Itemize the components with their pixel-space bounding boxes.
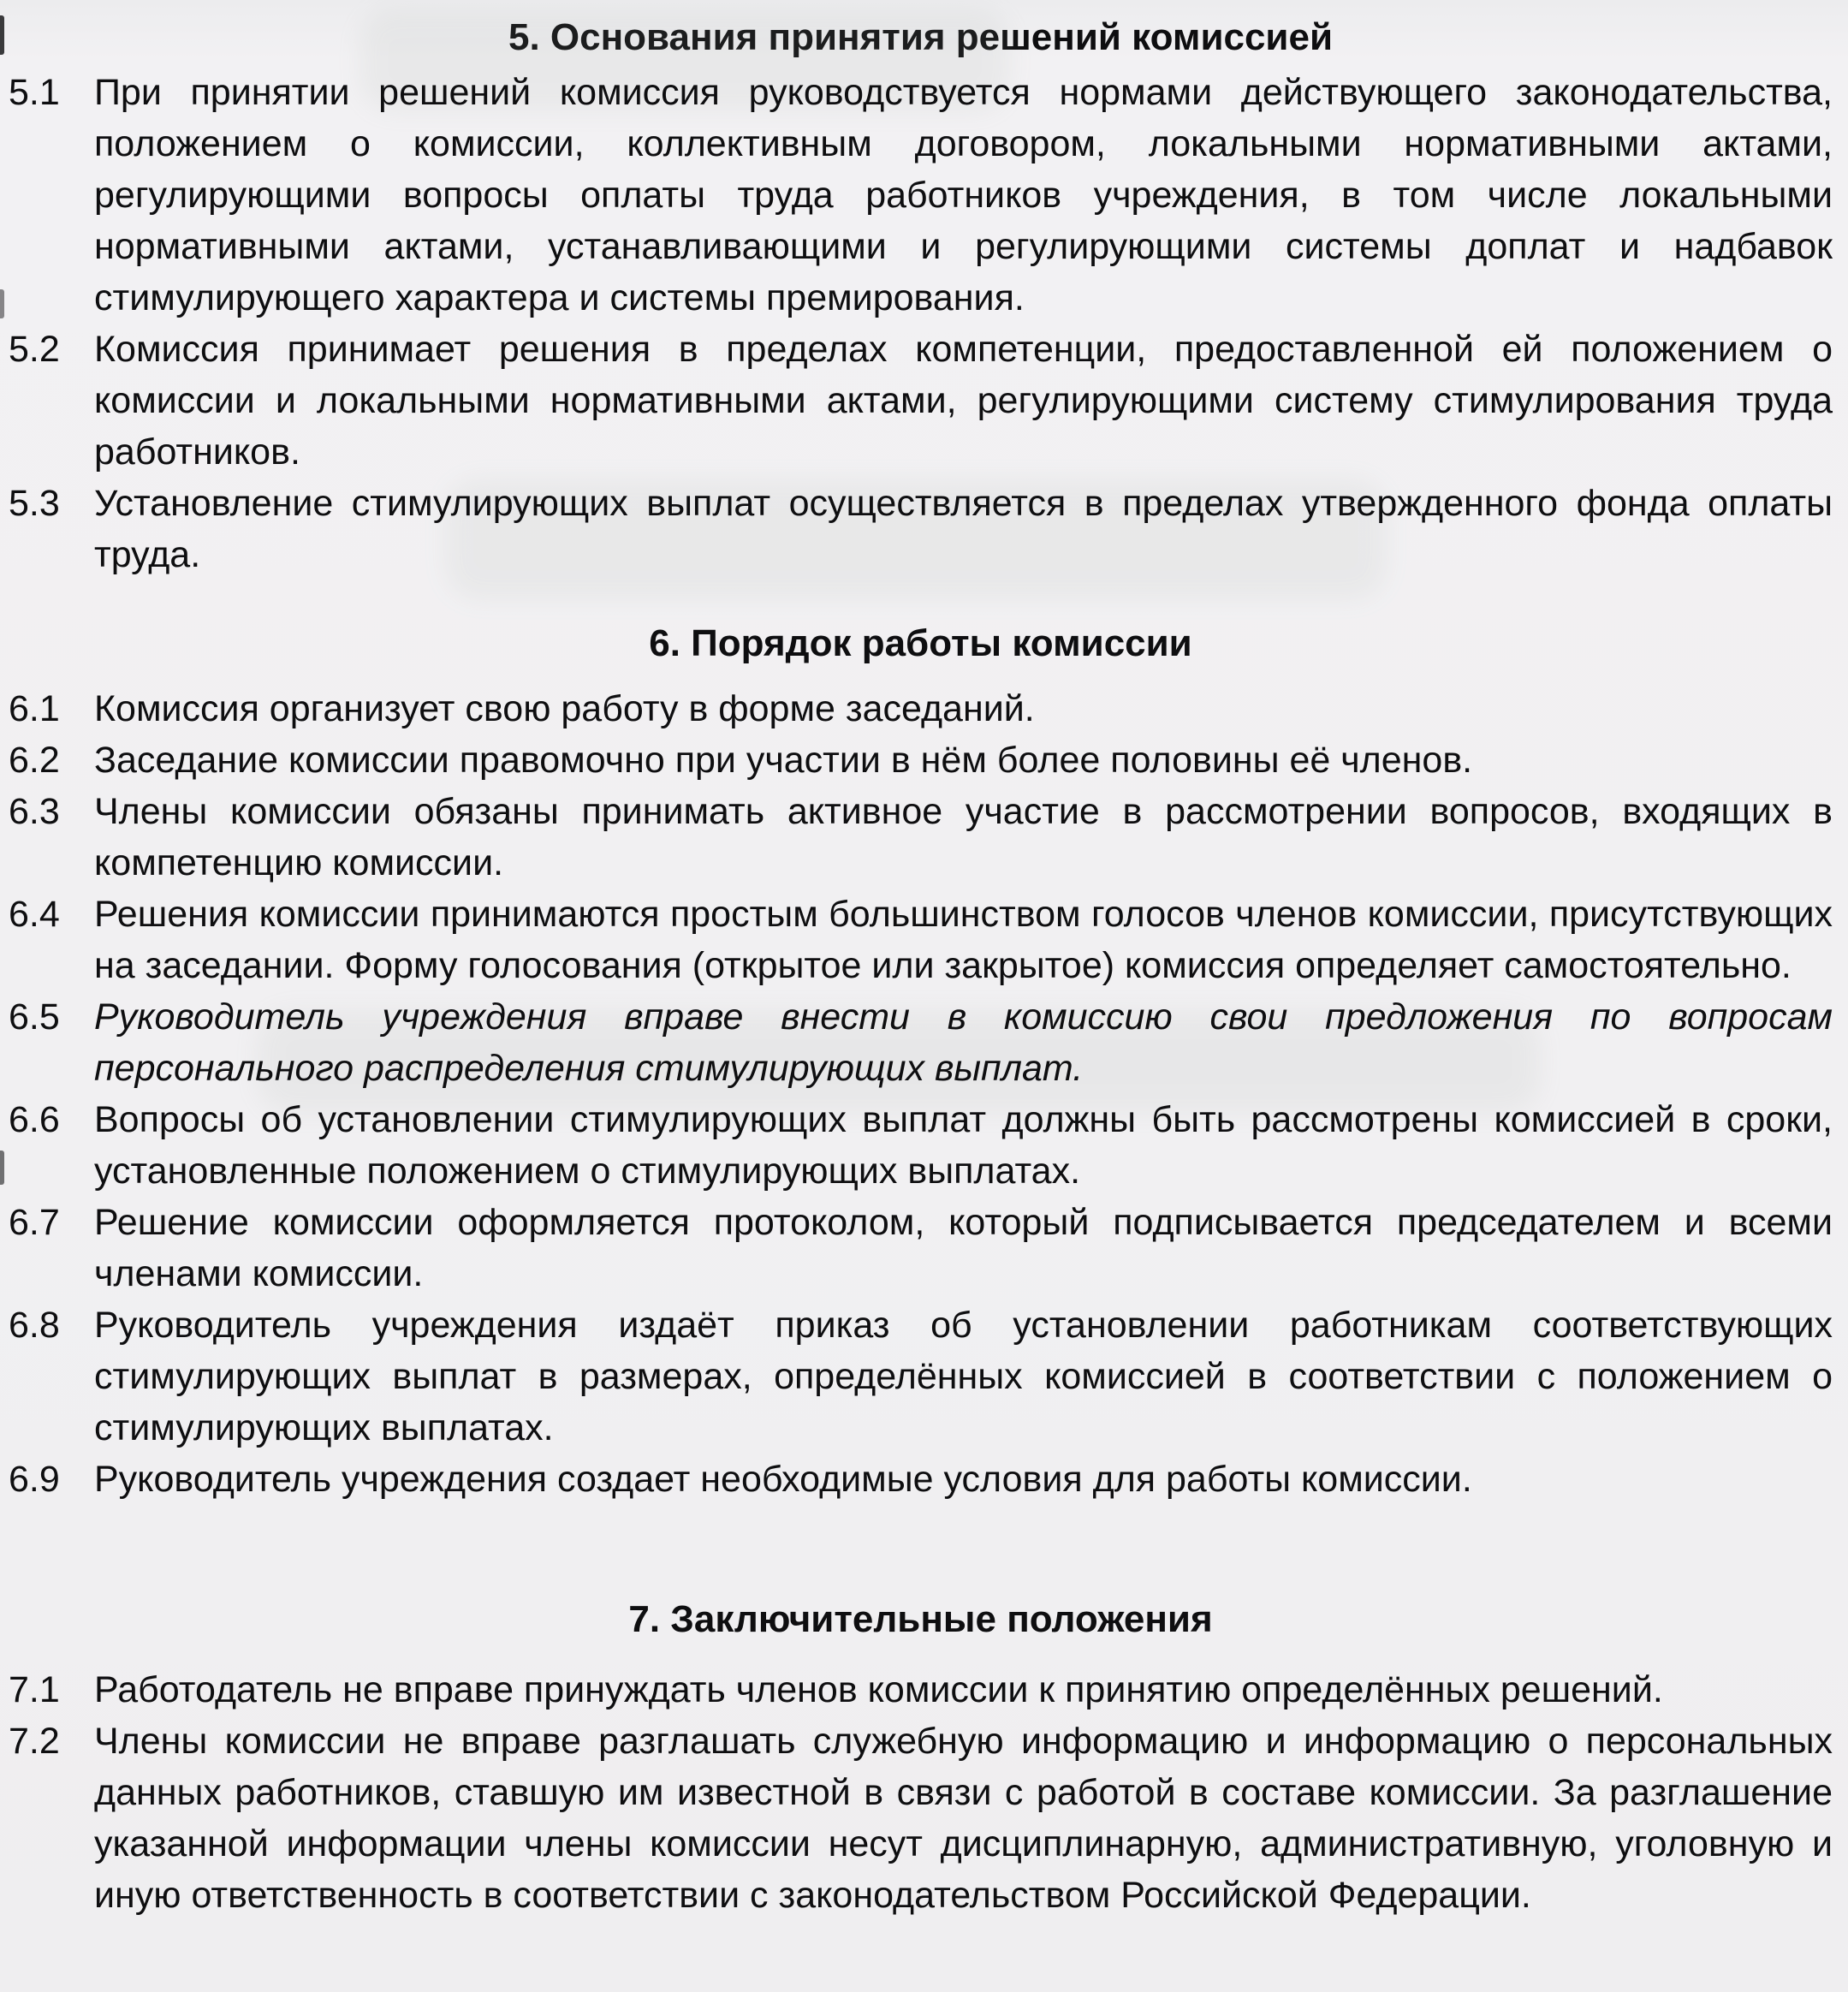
- clause-text: Решение комиссии оформляется протоколом,…: [94, 1202, 1833, 1294]
- clause-6-7: 6.7 Решение комиссии оформляется протоко…: [9, 1197, 1833, 1299]
- clause-number: 6.9: [9, 1454, 60, 1505]
- clause-number: 7.1: [9, 1664, 60, 1715]
- clause-number: 6.8: [9, 1299, 60, 1351]
- clause-6-9: 6.9 Руководитель учреждения создает необ…: [9, 1454, 1833, 1505]
- clause-number: 5.3: [9, 478, 60, 529]
- scan-artifact: [0, 15, 4, 55]
- clause-text: Установление стимулирующих выплат осущес…: [94, 483, 1833, 575]
- clause-text: Комиссия принимает решения в пределах ко…: [94, 329, 1833, 473]
- clause-text: Комиссия организует свою работу в форме …: [94, 688, 1035, 729]
- clause-number: 6.3: [9, 786, 60, 837]
- clause-6-6: 6.6 Вопросы об установлении стимулирующи…: [9, 1094, 1833, 1197]
- clause-text: Заседание комиссии правомочно при участи…: [94, 740, 1472, 781]
- document-page: 5. Основания принятия решений комиссией …: [0, 0, 1848, 1992]
- clause-6-8: 6.8 Руководитель учреждения издаёт прика…: [9, 1299, 1833, 1454]
- clause-number: 5.1: [9, 67, 60, 118]
- clause-6-1: 6.1 Комиссия организует свою работу в фо…: [9, 683, 1833, 734]
- clause-6-2: 6.2 Заседание комиссии правомочно при уч…: [9, 734, 1833, 786]
- clause-5-2: 5.2 Комиссия принимает решения в предела…: [9, 324, 1833, 478]
- clause-6-5: 6.5 Руководитель учреждения вправе внест…: [9, 991, 1833, 1094]
- clause-number: 6.2: [9, 734, 60, 786]
- clause-number: 7.2: [9, 1715, 60, 1767]
- scan-artifact: [0, 1151, 4, 1185]
- clause-number: 6.4: [9, 889, 60, 940]
- section-heading-6: 6. Порядок работы комиссии: [9, 618, 1833, 669]
- clause-number: 6.7: [9, 1197, 60, 1248]
- clause-number: 6.6: [9, 1094, 60, 1145]
- clause-text: Руководитель учреждения создает необходи…: [94, 1459, 1472, 1500]
- clause-6-3: 6.3 Члены комиссии обязаны принимать акт…: [9, 786, 1833, 889]
- clause-text: Работодатель не вправе принуждать членов…: [94, 1669, 1663, 1710]
- scan-artifact: [0, 289, 4, 318]
- clause-text: Члены комиссии обязаны принимать активно…: [94, 791, 1833, 883]
- clause-5-1: 5.1 При принятии решений комиссия руково…: [9, 67, 1833, 324]
- clause-text: При принятии решений комиссия руководств…: [94, 72, 1833, 318]
- clause-7-1: 7.1 Работодатель не вправе принуждать чл…: [9, 1664, 1833, 1715]
- clause-text: Вопросы об установлении стимулирующих вы…: [94, 1099, 1833, 1192]
- clause-text: Руководитель учреждения издаёт приказ об…: [94, 1305, 1833, 1448]
- clause-6-4: 6.4 Решения комиссии принимаются простым…: [9, 889, 1833, 991]
- clause-text: Члены комиссии не вправе разглашать служ…: [94, 1721, 1833, 1916]
- clause-text: Руководитель учреждения вправе внести в …: [94, 996, 1833, 1089]
- clause-number: 6.1: [9, 683, 60, 734]
- section-heading-7: 7. Заключительные положения: [9, 1594, 1833, 1645]
- clause-text: Решения комиссии принимаются простым бол…: [94, 894, 1833, 986]
- clause-5-3: 5.3 Установление стимулирующих выплат ос…: [9, 478, 1833, 580]
- clause-number: 5.2: [9, 324, 60, 375]
- clause-7-2: 7.2 Члены комиссии не вправе разглашать …: [9, 1715, 1833, 1921]
- clause-number: 6.5: [9, 991, 60, 1043]
